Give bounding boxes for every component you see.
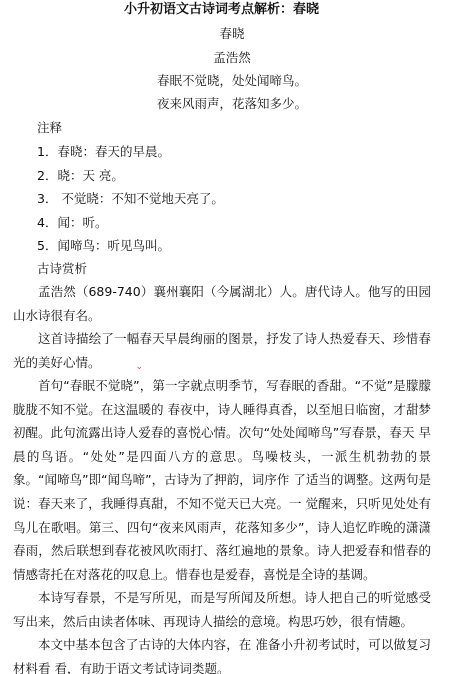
paragraph-technique: 本诗写春景，不是写所见，而是写所闻及所想。诗人把自己的听觉感受写出来，然后由读者… bbox=[13, 586, 431, 633]
note-item-3: 3． 不觉晓：不知不觉地天亮了。 bbox=[37, 191, 224, 207]
paragraph-conclusion: 本文中基本包含了古诗的大体内容，在 准备小升初考试时，可以做复习材料看 看，有助… bbox=[13, 633, 431, 674]
note-item-5: 5．闻啼鸟：听见鸟叫。 bbox=[37, 238, 170, 254]
document-title: 小升初语文古诗词考点解析：春晓 bbox=[124, 2, 319, 18]
note-item-2: 2．晓：天 亮。 bbox=[37, 168, 124, 184]
poem-line-2: 夜来风雨声，花落知多少。 bbox=[0, 96, 464, 112]
paragraph-summary: 这首诗描绘了一幅春天早晨绚丽的图景，抒发了诗人热爱春天、珍惜春光的美好心情。⌄ bbox=[13, 327, 431, 379]
paragraph-author-bio: 孟浩然（689-740）襄州襄阳（今属湖北）人。唐代诗人。他写的田园山水诗很有名… bbox=[13, 280, 431, 327]
poem-name: 春晓 bbox=[0, 26, 464, 42]
poem-line-1: 春眠不觉晓，处处闻啼鸟。 bbox=[0, 73, 464, 89]
note-item-4: 4．闻：听。 bbox=[37, 215, 107, 231]
paragraph-analysis: 首句“春眠不觉晓”，第一字就点明季节，写春眠的香甜。“不觉”是朦朦胧胧不知不觉。… bbox=[13, 374, 431, 586]
notes-heading: 注释 bbox=[37, 120, 62, 136]
note-item-1: 1．春晓：春天的早晨。 bbox=[37, 144, 170, 160]
paragraph-summary-text: 这首诗描绘了一幅春天早晨绚丽的图景，抒发了诗人热爱春天、珍惜春光的美好心情。 bbox=[13, 331, 431, 370]
appreciation-heading: 古诗赏析 bbox=[37, 261, 87, 277]
poem-author: 孟浩然 bbox=[0, 50, 464, 66]
